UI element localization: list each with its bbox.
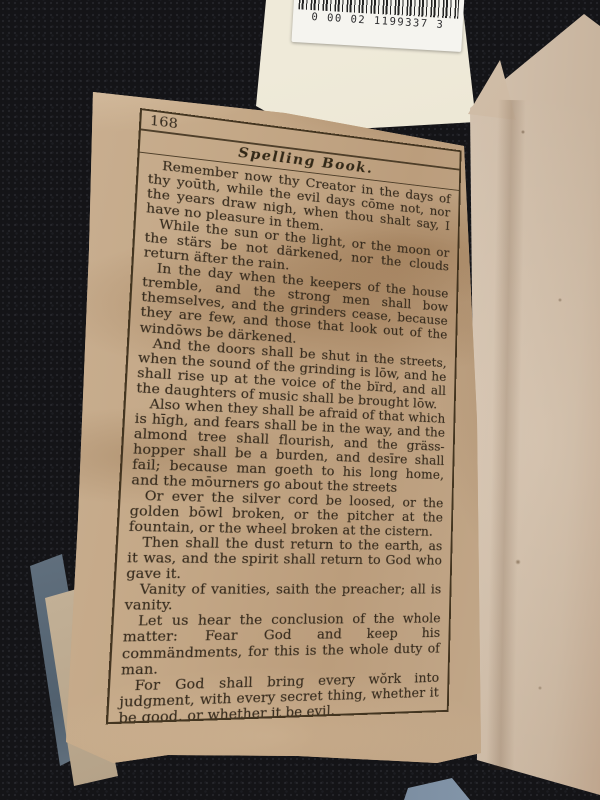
paragraph: Or ever the silver cord be loosed, or th… <box>128 488 443 539</box>
paragraph: Let us hear the conclusion of the whole … <box>121 612 441 678</box>
paragraph: For God shall bring every wŏrk into judg… <box>118 671 439 725</box>
paragraph: Also when they shall be afraid of that w… <box>131 396 446 497</box>
printed-text-block: 168 Spelling Book. Remember now thy Crea… <box>106 108 462 724</box>
paragraph: Vanity of vanities, saith the preacher; … <box>124 582 441 614</box>
page-body: Remember now thy Creator in the days of … <box>108 153 459 725</box>
photo-background: 0 00 02 1199337 3 168 Spelling Book. Rem… <box>0 0 600 800</box>
paragraph: Then shall the dust return to the earth,… <box>126 535 443 583</box>
